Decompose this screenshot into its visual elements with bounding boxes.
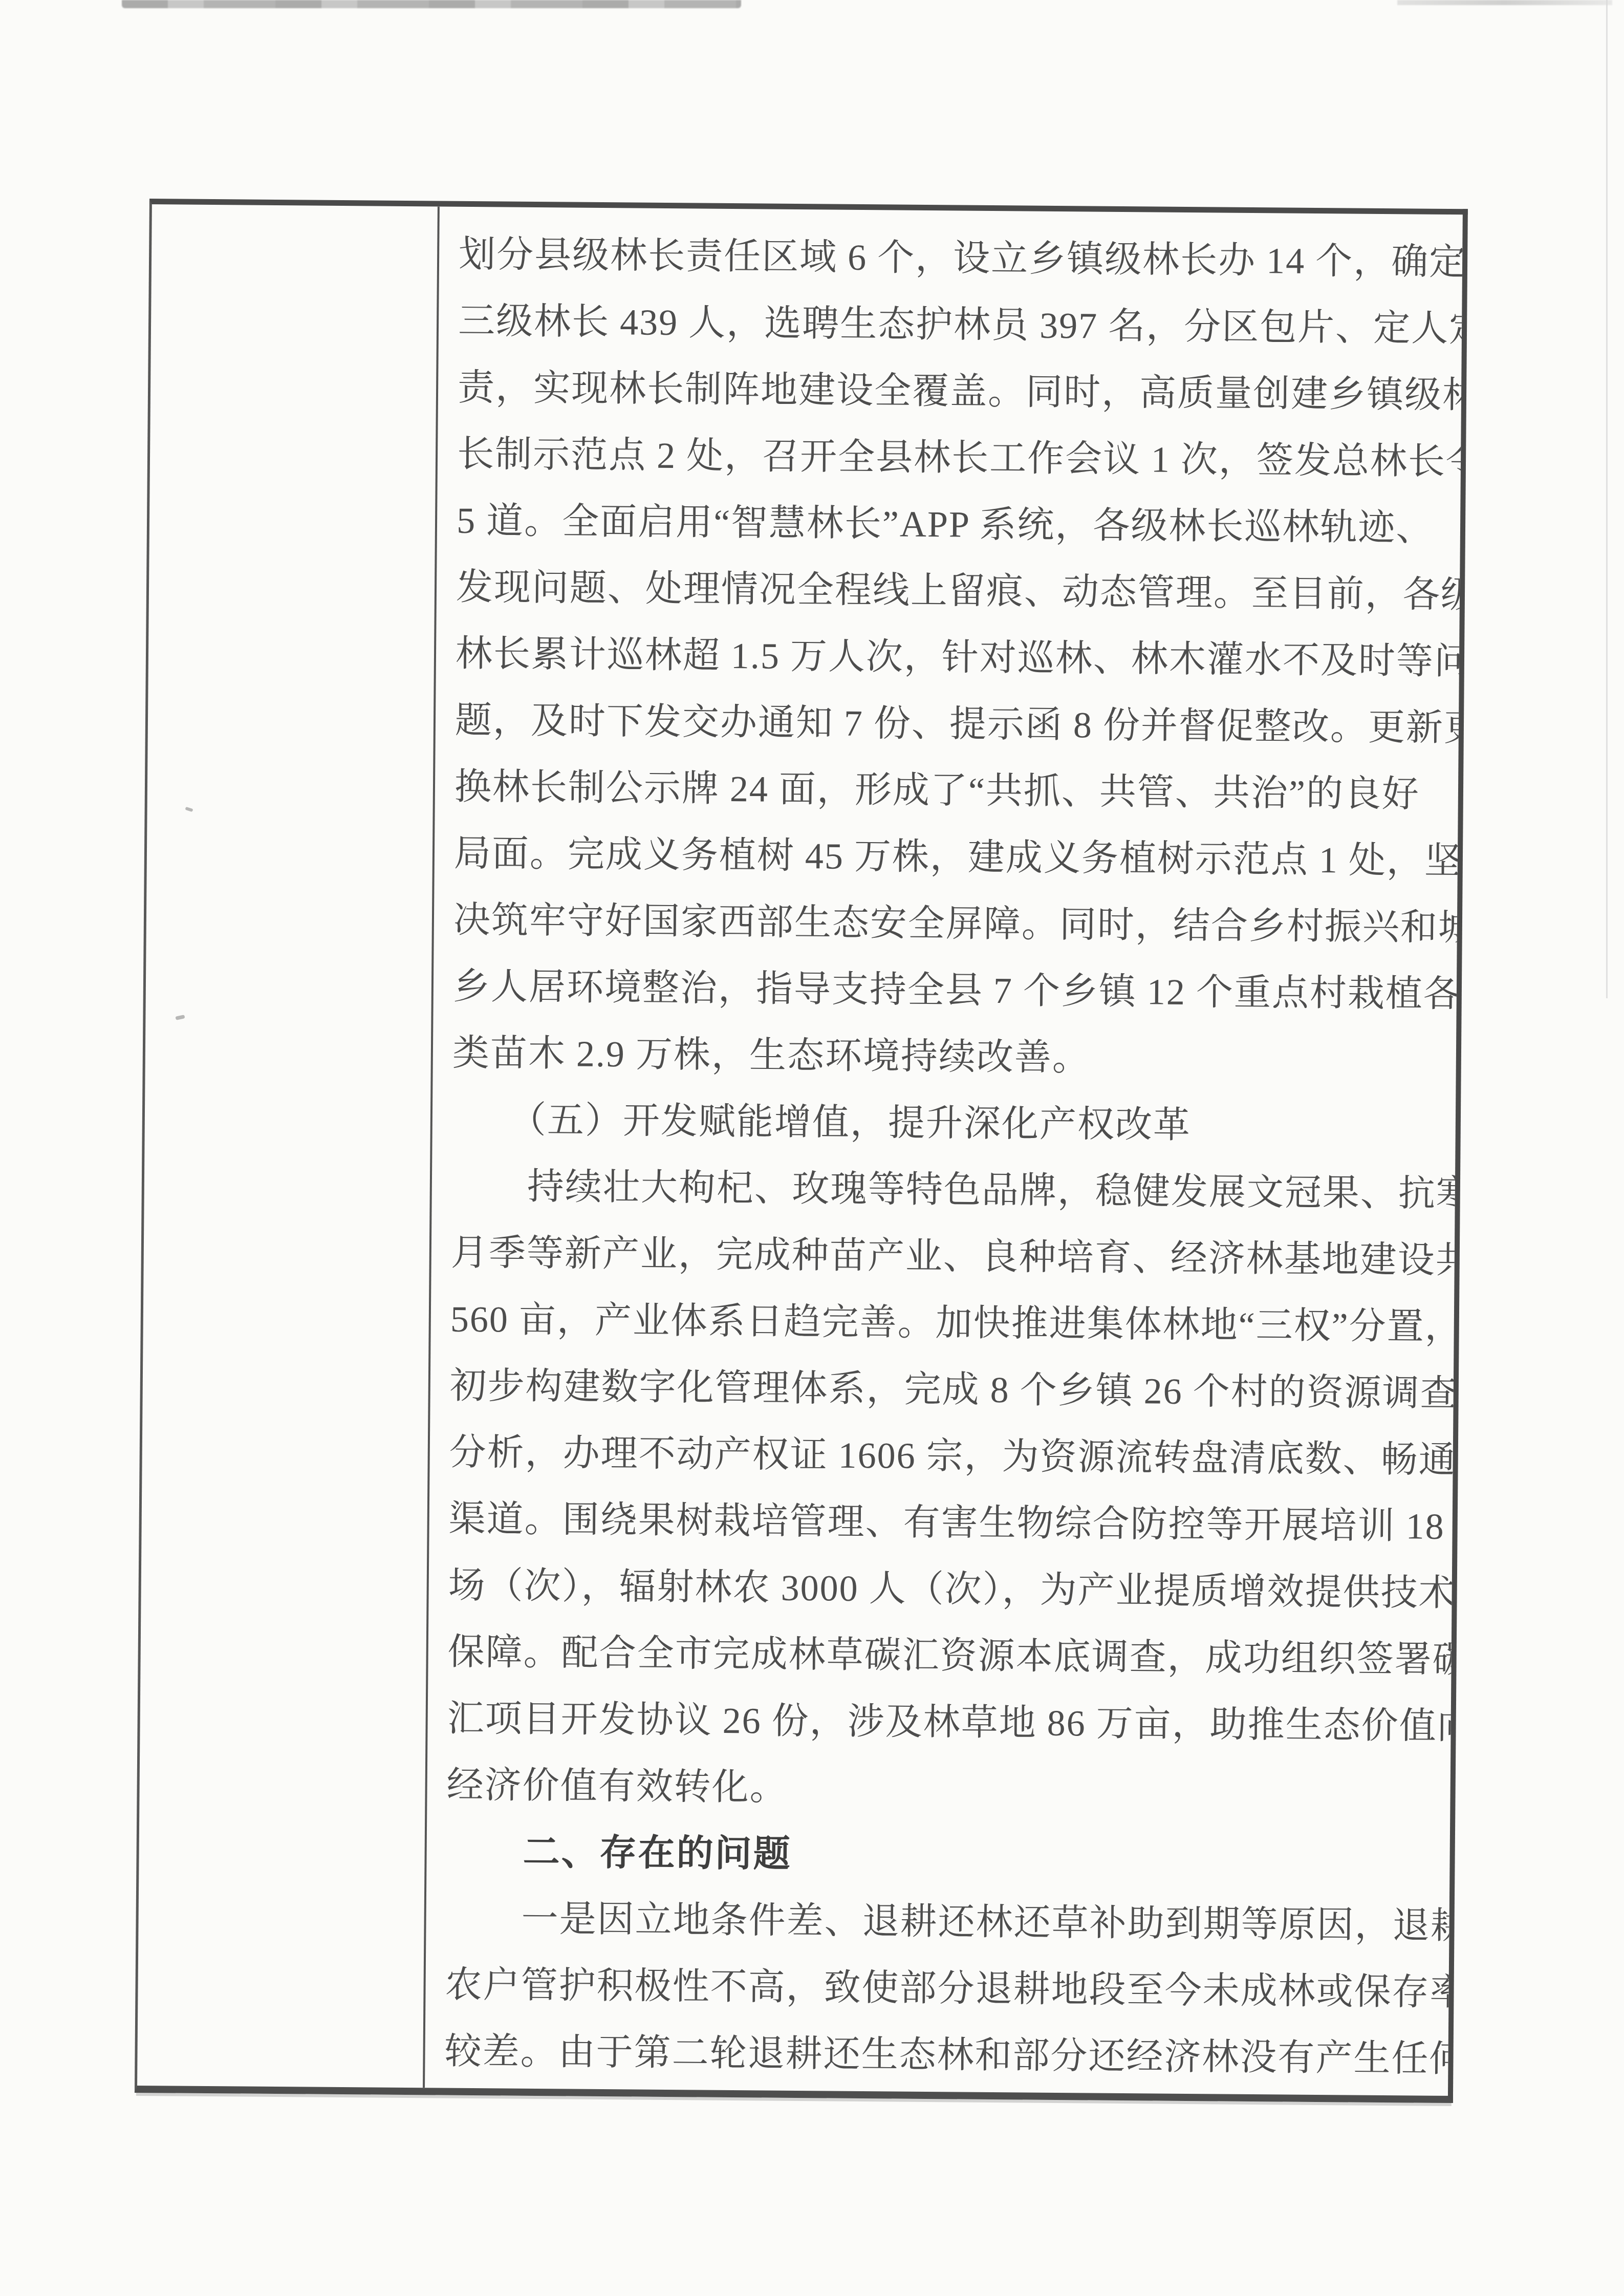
text-line: 划分县级林长责任区域 6 个，设立乡镇级林长办 14 个，确定 — [459, 221, 1448, 295]
table-text-column: 划分县级林长责任区域 6 个，设立乡镇级林长办 14 个，确定三级林长 439 … — [425, 206, 1463, 2096]
text-line: 决筑牢守好国家西部生态安全屏障。同时，结合乡村振兴和城 — [453, 887, 1443, 961]
text-line: 经济价值有效转化。 — [446, 1752, 1436, 1826]
text-line: 月季等新产业，完成种苗产业、良种培育、经济林基地建设共 — [450, 1219, 1440, 1294]
section-heading: 二、存在的问题 — [446, 1818, 1436, 1893]
scan-edge-line — [1606, 0, 1608, 998]
text-line: 场（次），辐射林农 3000 人（次），为产业提质增效提供技术 — [448, 1552, 1438, 1626]
text-line: 责，实现林长制阵地建设全覆盖。同时，高质量创建乡镇级林 — [458, 354, 1447, 428]
text-line: 保障。配合全市完成林草碳汇资源本底调查，成功组织签署碳 — [447, 1619, 1437, 1693]
table-left-column — [137, 204, 440, 2088]
text-line: 林长累计巡林超 1.5 万人次，针对巡林、林木灌水不及时等问 — [456, 620, 1445, 695]
text-line: 乡人居环境整治，指导支持全县 7 个乡镇 12 个重点村栽植各 — [452, 953, 1442, 1027]
text-line: 类苗木 2.9 万株，生态环境持续改善。 — [452, 1020, 1442, 1094]
scanned-document-page: 划分县级林长责任区域 6 个，设立乡镇级林长办 14 个，确定三级林长 439 … — [0, 0, 1624, 2296]
scan-smudge-top — [122, 0, 741, 8]
text-line: 5 道。全面启用“智慧林长”APP 系统，各级林长巡林轨迹、 — [457, 487, 1446, 562]
text-line: 题，及时下发交办通知 7 份、提示函 8 份并督促整改。更新更 — [455, 687, 1445, 761]
scan-smudge-top-right — [1397, 0, 1612, 5]
text-line: 持续壮大枸杞、玫瑰等特色品牌，稳健发展文冠果、抗寒 — [451, 1153, 1441, 1227]
text-line: 局面。完成义务植树 45 万株，建成义务植树示范点 1 处，坚 — [453, 820, 1443, 894]
text-line: 三级林长 439 人，选聘生态护林员 397 名，分区包片、定人定 — [458, 288, 1448, 362]
text-line: 分析，办理不动产权证 1606 宗，为资源流转盘清底数、畅通 — [449, 1419, 1439, 1493]
text-line: 560 亩，产业体系日趋完善。加快推进集体林地“三权”分置， — [450, 1286, 1440, 1360]
text-line: 较差。由于第二轮退耕还生态林和部分还经济林没有产生任何 — [444, 2018, 1434, 2092]
text-line: 渠道。围绕果树栽培管理、有害生物综合防控等开展培训 18 — [448, 1486, 1438, 1560]
text-line: （五）开发赋能增值，提升深化产权改革 — [451, 1086, 1441, 1161]
text-line: 换林长制公示牌 24 面，形成了“共抓、共管、共治”的良好 — [454, 754, 1444, 828]
text-line: 初步构建数字化管理体系，完成 8 个乡镇 26 个村的资源调查 — [449, 1353, 1439, 1427]
document-table: 划分县级林长责任区域 6 个，设立乡镇级林长办 14 个，确定三级林长 439 … — [135, 199, 1468, 2103]
text-line: 长制示范点 2 处，召开全县林长工作会议 1 次，签发总林长令 — [457, 421, 1447, 495]
text-line: 发现问题、处理情况全程线上留痕、动态管理。至目前，各级 — [456, 554, 1446, 628]
text-line: 汇项目开发协议 26 份，涉及林草地 86 万亩，助推生态价值向 — [447, 1685, 1437, 1759]
text-line: 农户管护积极性不高，致使部分退耕地段至今未成林或保存率 — [445, 1951, 1435, 2026]
text-line: 一是因立地条件差、退耕还林还草补助到期等原因，退耕 — [445, 1885, 1435, 1959]
